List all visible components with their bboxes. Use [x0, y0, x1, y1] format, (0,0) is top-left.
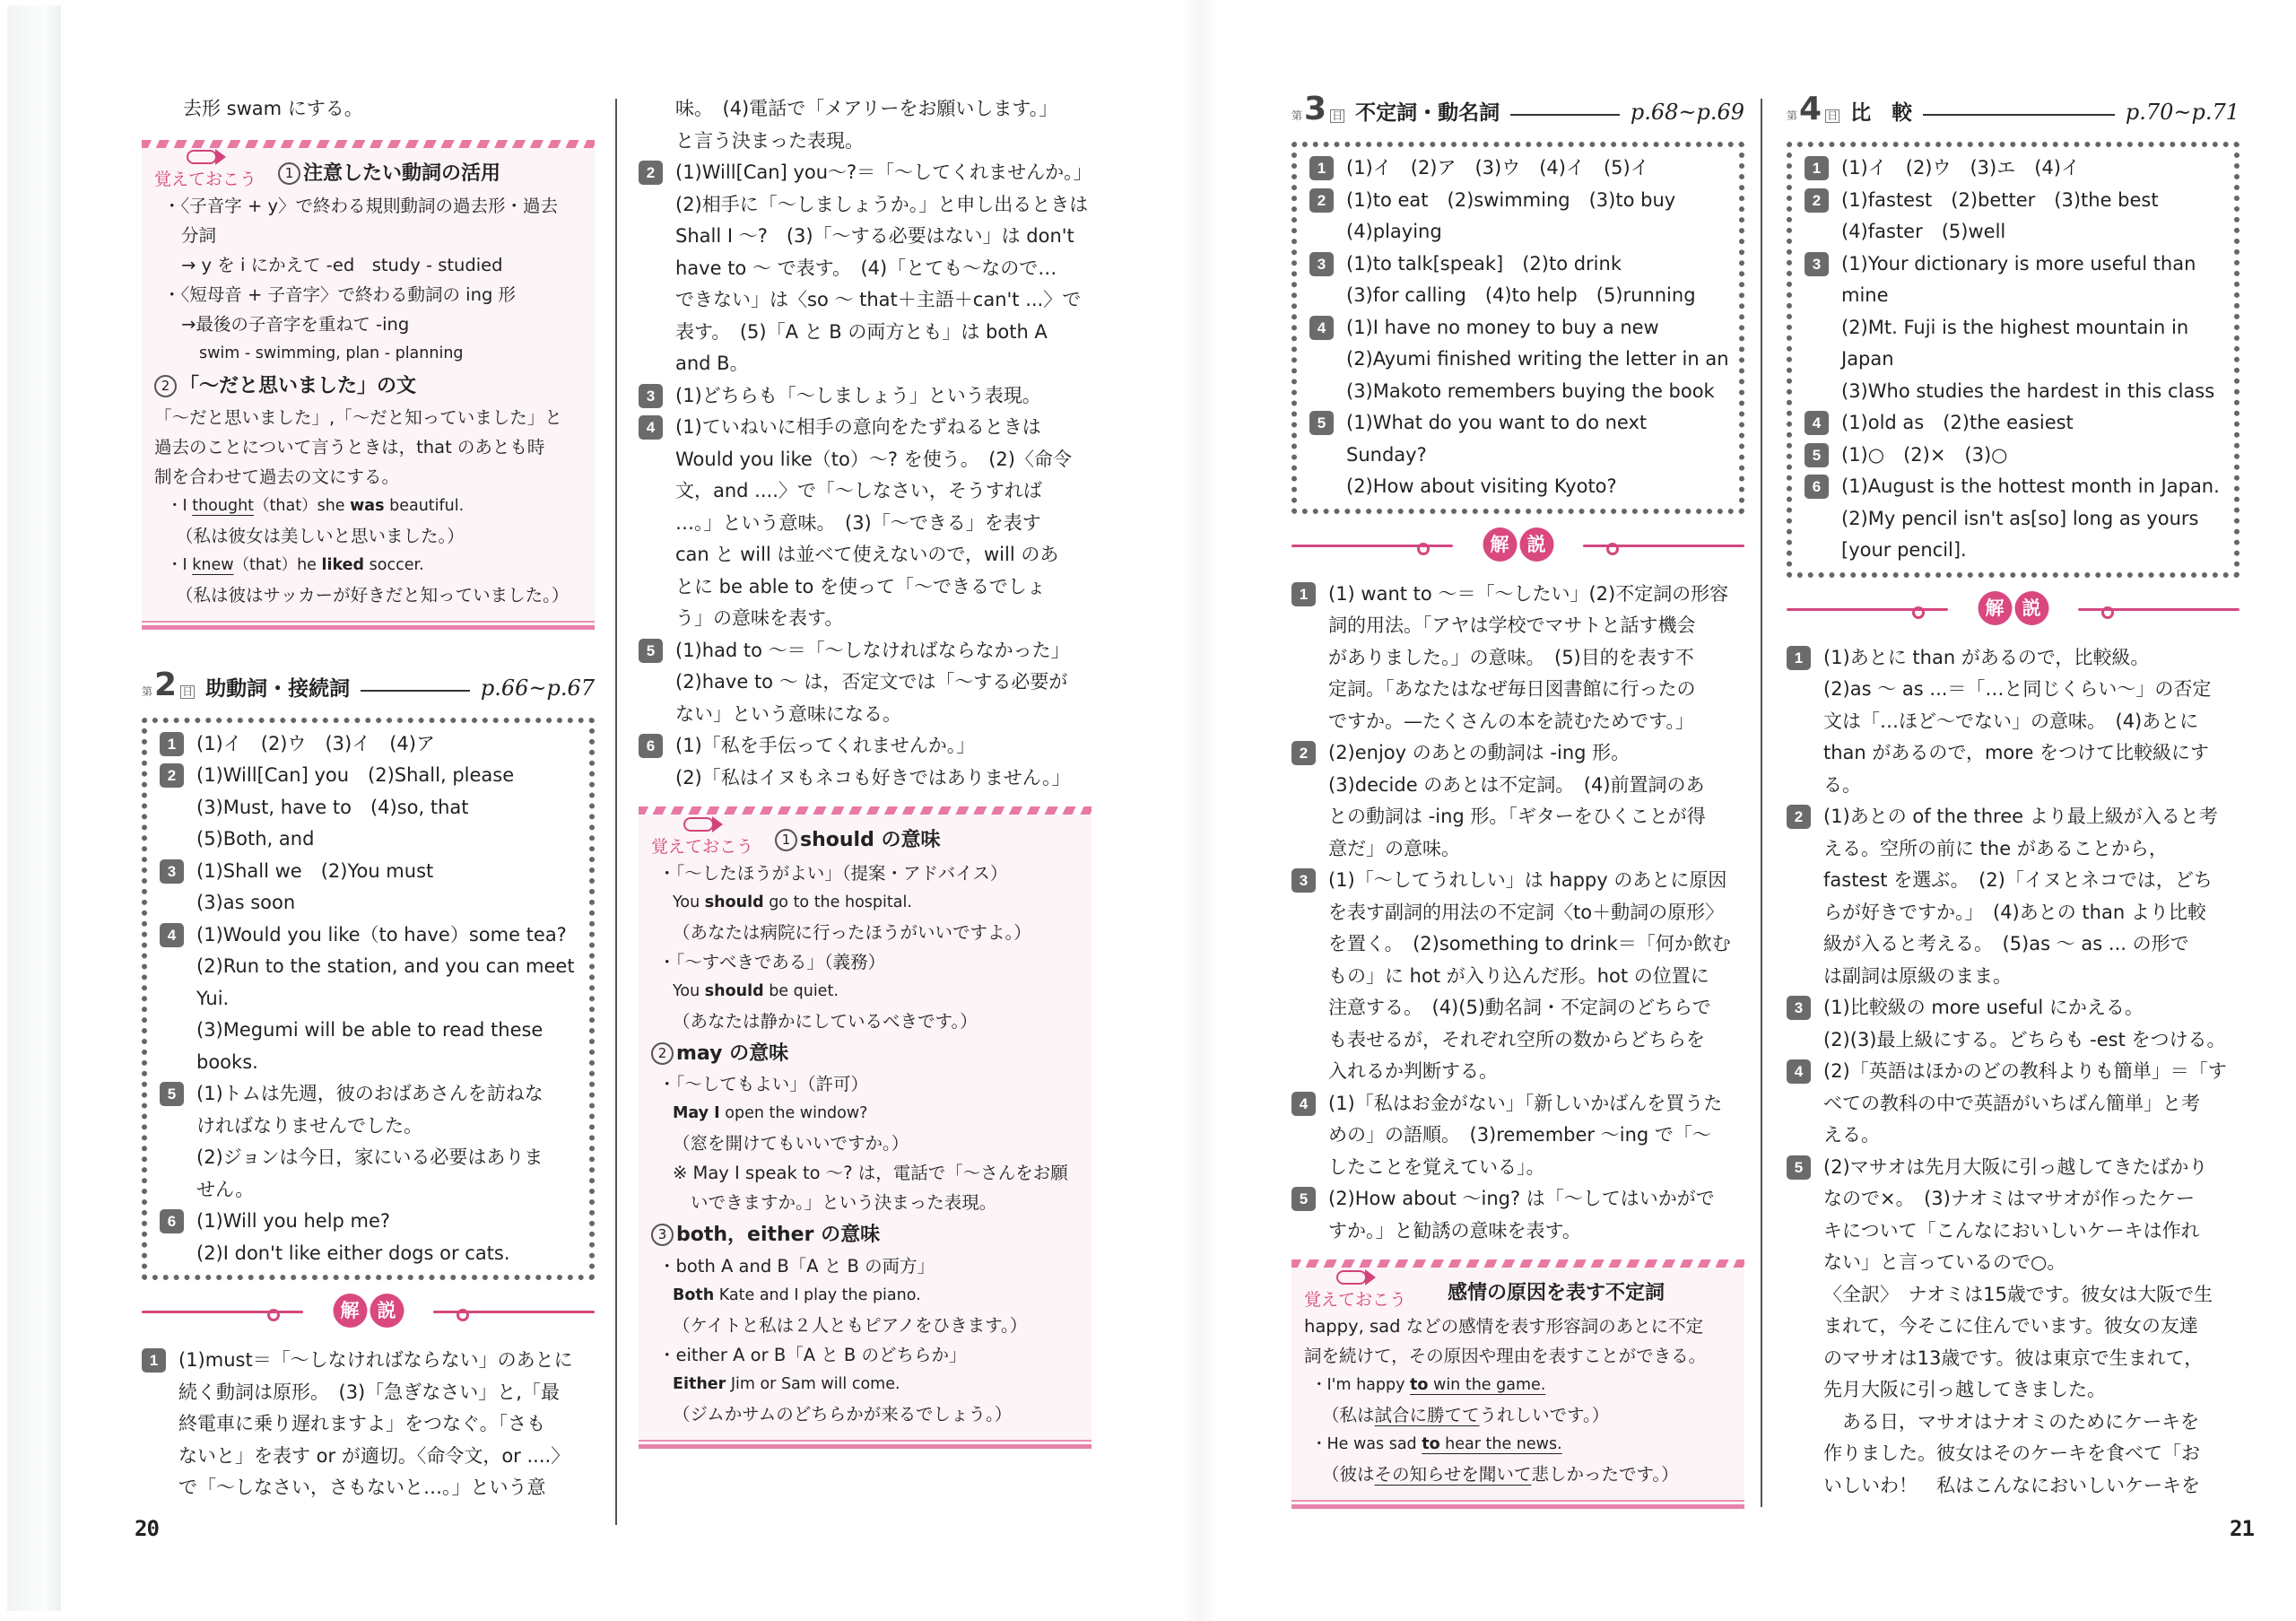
answer-line: したことを覚えている」。	[1328, 1152, 1744, 1184]
answer-line: のマサオは13歳です。彼は東京で生まれて，	[1823, 1343, 2239, 1375]
page-range: p.66~p.67	[481, 673, 595, 705]
example-sentence: You should be quiet.	[651, 977, 1079, 1007]
textbook-spread: 去形 swam にする。 覚えておこう 1注意したい動詞の活用 ・〈子音字 + …	[0, 0, 2296, 1621]
answer-line: (1)「〜してうれしい」は happy のあとに原因	[1328, 865, 1744, 897]
answer-line: 終電車に乗り遅れますよ」をつなぐ。「さも	[178, 1408, 595, 1441]
question-row: 5(2)How about 〜ing? は「〜してはいかがですか。」と勧誘の意味…	[1291, 1183, 1744, 1247]
example-translation: （ジムかサムのどちらかが来るでしょう。）	[651, 1399, 1079, 1429]
answer-line: とに be able to を使って「〜できるでしょ	[675, 571, 1091, 604]
question-row: 1(1)あとに than があるので，比較級。(2)as 〜 as ...＝「……	[1787, 642, 2239, 802]
answer-line: 文，and ....〉で「〜しなさい，そうすれば	[675, 475, 1091, 508]
answer-line: (1)must＝「〜しなければならない」のあとに	[178, 1345, 595, 1377]
example-sentence: ・I'm happy to win the game.	[1304, 1371, 1732, 1400]
answer-line: (1)あとに than があるので，比較級。	[1823, 642, 2239, 675]
answer-line: (1)Your dictionary is more useful than	[1841, 248, 2223, 281]
memo-bottom-bar	[142, 621, 595, 630]
question-row: 3(1)to talk[speak] (2)to drink(3)for cal…	[1309, 248, 1728, 312]
section-header-day2: 第2日 助動詞・接続詞 p.66~p.67	[142, 669, 595, 712]
example-translation: （私は試合に勝ててうれしいです。）	[1304, 1400, 1732, 1430]
memo-title: 1should の意味	[775, 824, 940, 857]
answer-line: まれて，今そこに住んでいます。彼女の友達	[1823, 1311, 2239, 1343]
kaisetsu-divider: 解説	[1787, 588, 2239, 635]
question-row: 6(1)「私を手伝ってくれませんか。」(2)「私はイヌもネコも好きではありません…	[639, 730, 1091, 794]
answer-line: (1)「私を手伝ってくれませんか。」	[675, 730, 1091, 763]
question-row: 6(1)August is the hottest month in Japan…	[1805, 471, 2223, 567]
arrow-icon	[1336, 1270, 1367, 1285]
answer-line: 入れるか判断する。	[1328, 1056, 1744, 1088]
answer-line: (2)Mt. Fuji is the highest mountain in	[1841, 312, 2223, 344]
answer-line: (1)あとの of the three より最上級が入ると考	[1823, 801, 2239, 833]
question-number-badge: 3	[1787, 996, 1811, 1020]
question-number-badge: 6	[160, 1209, 184, 1233]
answer-line: (1)比較級の more useful にかえる。	[1823, 992, 2239, 1024]
page-number-right: 21	[2230, 1516, 2254, 1541]
answer-line: ないと」を表す or が適切。〈命令文，or ....〉	[178, 1441, 595, 1473]
answer-line: える。空所の前に the があることから，	[1823, 833, 2239, 866]
answer-line: (2)How about visiting Kyoto?	[1346, 471, 1728, 503]
question-row: 5(2)マサオは先月大阪に引っ越してきたばかりなので×。 (3)ナオミはマサオが…	[1787, 1152, 2239, 1503]
question-row: 3(1)比較級の more useful にかえる。(2)(3)最上級にする。ど…	[1787, 992, 2239, 1056]
question-row: 味。 (4)電話で「メアリーをお願いします。」と言う決まった表現。	[639, 93, 1091, 157]
answer-line: (2)My pencil isn't as[so] long as yours	[1841, 503, 2223, 536]
answer-line: と言う決まった表現。	[675, 126, 1091, 158]
question-number-badge: 3	[160, 859, 184, 884]
memo-title: 感情の原因を表す不定詞	[1448, 1277, 1665, 1310]
answer-line: も表せるが，それぞれ空所の数からどちらを	[1328, 1024, 1744, 1057]
answer-line: ない」という意味になる。	[675, 699, 1091, 731]
answer-line: える。	[1823, 1120, 2239, 1152]
question-row: 3(1)「〜してうれしい」は happy のあとに原因を表す副詞的用法の不定詞〈…	[1291, 865, 1744, 1088]
page-range: p.68~p.69	[1631, 97, 1744, 129]
answer-line: る。	[1823, 770, 2239, 802]
memo-stripe	[142, 140, 595, 148]
memo-line: 「〜だと思いました」,「〜だと知っていました」と	[154, 403, 582, 432]
right-page-column-1: 第3日 不定詞・動名詞 p.68~p.69 1(1)イ (2)ア (3)ウ (4…	[1291, 93, 1744, 1512]
memo-box-modals: 覚えておこう 1should の意味 ・「〜したほうがよい」（提案・アドバイス）…	[639, 806, 1091, 1449]
answer-line: 意だ」の意味。	[1328, 833, 1744, 866]
answer-line: can と will は並べて使えないので，will のあ	[675, 539, 1091, 571]
question-number-badge: 5	[1309, 411, 1334, 435]
question-row: 1(1)イ (2)ウ (3)エ (4)イ	[1805, 153, 2223, 185]
answer-line: を表す副詞的用法の不定詞〈to＋動詞の原形〉	[1328, 897, 1744, 929]
section-title: 助動詞・接続詞	[205, 674, 350, 706]
question-row: 2(1)fastest (2)better (3)the best(4)fast…	[1805, 185, 2223, 248]
question-row: 4(1)Would you like（to have）some tea?(2)R…	[160, 919, 578, 1079]
question-number-badge: 3	[1309, 252, 1334, 276]
question-number-badge: 2	[1805, 188, 1829, 213]
example-sentence: ・I knew（that）he liked soccer.	[154, 551, 582, 580]
answer-line: (3)decide のあとは不定詞。 (4)前置詞のあ	[1328, 770, 1744, 802]
answer-line: (2)Run to the station, and you can meet	[196, 951, 578, 983]
answer-line: Yui.	[196, 983, 578, 1015]
answer-line: がありました。」の意味。 (5)目的を表す不	[1328, 642, 1744, 675]
question-row: 3(1)どちらも「〜しましょう」という表現。	[639, 380, 1091, 413]
example-translation: （私は彼女は美しいと思いました。）	[154, 521, 582, 551]
answer-line: (2)マサオは先月大阪に引っ越してきたばかり	[1823, 1152, 2239, 1184]
answer-line: 級が入ると考える。 (5)as 〜 as ... の形で	[1823, 928, 2239, 961]
answer-line: (1)どちらも「〜しましょう」という表現。	[675, 380, 1091, 413]
answer-line: (5)Both, and	[196, 824, 578, 856]
answer-line: (3)Who studies the hardest in this class	[1841, 376, 2223, 408]
example-sentence: ・He was sad to hear the news.	[1304, 1430, 1732, 1460]
question-number-badge: 4	[1787, 1059, 1811, 1084]
question-number-badge: 1	[142, 1348, 166, 1373]
left-page-column-2: 味。 (4)電話で「メアリーをお願いします。」と言う決まった表現。2(1)Wil…	[639, 93, 1091, 1452]
example-translation: （あなたは静かにしているべきです。）	[651, 1007, 1079, 1036]
right-page-column-2: 第4日 比 較 p.70~p.71 1(1)イ (2)ウ (3)エ (4)イ2(…	[1787, 93, 2239, 1502]
question-number-badge: 4	[639, 415, 663, 440]
answer-line: 作りました。彼女はそのケーキを食べて「お	[1823, 1438, 2239, 1470]
question-number-badge: 1	[1309, 156, 1334, 180]
answer-line: (1)イ (2)ウ (3)イ (4)ア	[196, 728, 578, 761]
answer-line: (3)Makoto remembers buying the book	[1346, 376, 1729, 408]
answer-line: (2)ジョンは今日，家にいる必要はありま	[196, 1142, 578, 1174]
memo-tag: 覚えておこう	[1304, 1290, 1421, 1310]
explanation-list: 1(1)あとに than があるので，比較級。(2)as 〜 as ...＝「……	[1787, 642, 2239, 1503]
question-row: 4(2)「英語はほかのどの教科よりも簡単」＝「すべての教科の中で英語がいちばん簡…	[1787, 1056, 2239, 1152]
answer-line: (2)「英語はほかのどの教科よりも簡単」＝「す	[1823, 1056, 2239, 1088]
answer-line: との動詞は -ing 形。「ギターをひくことが得	[1328, 801, 1744, 833]
question-number-badge: 5	[1291, 1187, 1316, 1211]
section-title: 不定詞・動名詞	[1355, 98, 1500, 130]
question-number-badge: 6	[1805, 475, 1829, 499]
question-number-badge: 3	[1805, 252, 1829, 276]
question-number-badge: 4	[1291, 1092, 1316, 1116]
answer-box: 1(1)イ (2)ウ (3)エ (4)イ2(1)fastest (2)bette…	[1787, 142, 2239, 578]
question-row: 5(1)had to 〜＝「〜しなければならなかった」(2)have to 〜 …	[639, 635, 1091, 731]
question-number-badge: 5	[1787, 1155, 1811, 1180]
memo-line: ・both A and B「A と B の両方」	[651, 1251, 1079, 1281]
section-header-day3: 第3日 不定詞・動名詞 p.68~p.69	[1291, 93, 1744, 136]
question-number-badge: 3	[639, 384, 663, 408]
answer-line: (1)had to 〜＝「〜しなければならなかった」	[675, 635, 1091, 667]
answer-line: う」の意味を表す。	[675, 603, 1091, 635]
memo-line: ・「〜すべきである」（義務）	[651, 947, 1079, 977]
question-number-badge: 5	[1805, 443, 1829, 467]
answer-line: で「〜しなさい，さもないと…。」という意	[178, 1472, 595, 1504]
explanation-list: 1(1)must＝「〜しなければならない」のあとに続く動詞は原形。 (3)「急ぎ…	[142, 1345, 595, 1504]
answer-line: せん。	[196, 1174, 578, 1207]
question-row: 4(1)old as (2)the easiest	[1805, 407, 2223, 440]
section-title: 比 較	[1850, 98, 1912, 130]
answer-line: 表す。 (5)「A と B の両方とも」は both A	[675, 317, 1092, 349]
answer-line: [your pencil].	[1841, 535, 2223, 567]
answer-line: Sunday?	[1346, 440, 1728, 472]
answer-line: (2)(3)最上級にする。どちらも -est をつける。	[1823, 1024, 2239, 1057]
question-row: 5(1)○ (2)× (3)○	[1805, 440, 2223, 472]
question-row: 4(1)I have no money to buy a new(2)Ayumi…	[1309, 312, 1728, 408]
answer-line: 文は「…ほど〜でない」の意味。 (4)あとに	[1823, 706, 2239, 738]
example-sentence: Both Kate and I play the piano.	[651, 1281, 1079, 1311]
answer-line: なので×。 (3)ナオミはマサオが作ったケー	[1823, 1183, 2239, 1216]
column-divider-right	[1761, 99, 1762, 1507]
answer-line: (3)for calling (4)to help (5)running	[1346, 280, 1728, 312]
memo-subtitle: 2may の意味	[651, 1038, 1079, 1070]
answer-line: (2)相手に「〜しましょうか。」と申し出るときは	[675, 189, 1092, 222]
kaisetsu-divider: 解説	[142, 1291, 595, 1338]
answer-line: (2)I don't like either dogs or cats.	[196, 1238, 578, 1270]
question-number-badge: 4	[1805, 411, 1829, 435]
answer-line: もの」に hot が入り込んだ形。hot の位置に	[1328, 961, 1744, 993]
memo-line: happy, sad などの感情を表す形容詞のあとに不定	[1304, 1312, 1732, 1341]
memo-line: ・「〜してもよい」（許可）	[651, 1069, 1079, 1099]
explanation-list: 1(1) want to 〜＝「〜したい」(2)不定詞の形容詞的用法。「アヤは学…	[1291, 579, 1744, 1248]
answer-line: …。」という意味。 (3)「〜できる」を表す	[675, 508, 1091, 540]
page-range: p.70~p.71	[2126, 97, 2239, 129]
answer-line: (1) want to 〜＝「〜したい」(2)不定詞の形容	[1328, 579, 1744, 611]
arrow-icon	[683, 817, 714, 832]
question-number-badge: 6	[639, 734, 663, 758]
memo-line: ※ May I speak to 〜? は，電話で「〜さんをお願	[651, 1158, 1079, 1188]
example-translation: （彼はその知らせを聞いて悲しかったです。）	[1304, 1460, 1732, 1489]
memo-line: → y を i にかえて -ed study - studied	[154, 250, 582, 280]
example-sentence: Either Jim or Sam will come.	[651, 1370, 1079, 1399]
question-number-badge: 2	[1309, 188, 1334, 213]
answer-line: (3)as soon	[196, 887, 578, 919]
answer-line: (1)○ (2)× (3)○	[1841, 440, 2223, 472]
answer-line: (2)as 〜 as ...＝「…と同じくらい〜」の否定	[1823, 674, 2239, 706]
answer-line: すか。」と勧誘の意味を表す。	[1328, 1216, 1744, 1248]
answer-line: (3)Must, have to (4)so, that	[196, 792, 578, 824]
question-number-badge: 4	[160, 923, 184, 947]
answer-line: Japan	[1841, 344, 2223, 376]
answer-line: ければなりませんでした。	[196, 1111, 578, 1143]
question-number-badge: 1	[1787, 646, 1811, 670]
book-gutter	[1182, 0, 1218, 1621]
answer-line: ある日，マサオはナオミのためにケーキを	[1823, 1407, 2239, 1439]
memo-tag: 覚えておこう	[154, 170, 271, 189]
answer-line: Shall I 〜? (3)「〜する必要はない」は don't	[675, 221, 1092, 253]
question-row: 1(1)イ (2)ア (3)ウ (4)イ (5)イ	[1309, 153, 1728, 185]
answer-line: (1)fastest (2)better (3)the best	[1841, 185, 2223, 217]
example-translation: （窓を開けてもいいですか。）	[651, 1129, 1079, 1158]
memo-line: 詞を続けて，その原因や理由を表すことができる。	[1304, 1341, 1732, 1371]
answer-line: (3)Megumi will be able to read these	[196, 1015, 578, 1047]
question-number-badge: 3	[1291, 868, 1316, 893]
question-number-badge: 4	[1309, 316, 1334, 340]
question-row: 2(2)enjoy のあとの動詞は -ing 形。(3)decide のあとは不…	[1291, 737, 1744, 865]
example-translation: （あなたは病院に行ったほうがいいですよ。）	[651, 918, 1079, 947]
answer-box: 1(1)イ (2)ウ (3)イ (4)ア2(1)Will[Can] you (2…	[142, 718, 595, 1281]
answer-line: (1)August is the hottest month in Japan.	[1841, 471, 2223, 503]
question-row: 2(1)Will[Can] you〜?＝「〜してくれませんか。」(2)相手に「〜…	[639, 157, 1091, 380]
answer-line: (2)How about 〜ing? は「〜してはいかがで	[1328, 1183, 1744, 1216]
explanation-list: 味。 (4)電話で「メアリーをお願いします。」と言う決まった表現。2(1)Wil…	[639, 93, 1091, 794]
answer-line: (1)イ (2)ア (3)ウ (4)イ (5)イ	[1346, 153, 1728, 185]
memo-line: 過去のことについて言うときは，that のあとも時	[154, 432, 582, 462]
question-number-badge: 2	[639, 161, 663, 185]
question-row: 3(1)Shall we (2)You must(3)as soon	[160, 856, 578, 919]
answer-line: fastest を選ぶ。 (2)「イヌとネコでは，どち	[1823, 865, 2239, 897]
question-row: 5(1)What do you want to do nextSunday?(2…	[1309, 407, 1728, 503]
answer-line: できない」は〈so 〜 that＋主語＋can't ...〉で	[675, 284, 1092, 317]
question-row: 4(1)「私はお金がない」「新しいかばんを買うための」の語順。 (3)remem…	[1291, 1088, 1744, 1184]
memo-box-emotion-infinitive: 覚えておこう 感情の原因を表す不定詞 happy, sad などの感情を表す形容…	[1291, 1259, 1744, 1509]
memo-subtitle: 2「〜だと思いました」の文	[154, 370, 582, 403]
memo-line: ・〈短母音 + 子音字〉で終わる動詞の ing 形	[154, 280, 582, 309]
kaisetsu-divider: 解説	[1291, 525, 1744, 571]
answer-line: books.	[196, 1047, 578, 1079]
page-number-left: 20	[135, 1516, 159, 1541]
answer-line: めの」の語順。 (3)remember 〜ing で「〜	[1328, 1120, 1744, 1152]
answer-line: (1)ていねいに相手の意向をたずねるときは	[675, 412, 1091, 444]
question-row: 2(1)Will[Can] you (2)Shall, please(3)Mus…	[160, 760, 578, 856]
answer-line: have to 〜 で表す。 (4)「とても〜なので…	[675, 253, 1092, 285]
answer-line: (1)Would you like（to have）some tea?	[196, 919, 578, 952]
answer-line: べての教科の中で英語がいちばん簡単」と考	[1823, 1088, 2239, 1120]
question-number-badge: 1	[1291, 582, 1316, 606]
answer-line: 味。 (4)電話で「メアリーをお願いします。」	[675, 93, 1091, 126]
answer-line: (2)「私はイヌもネコも好きではありません。」	[675, 763, 1091, 795]
question-row: 2(1)あとの of the three より最上級が入ると考える。空所の前に …	[1787, 801, 2239, 992]
memo-box-verb-conjugation: 覚えておこう 1注意したい動詞の活用 ・〈子音字 + y〉で終わる規則動詞の過去…	[142, 140, 595, 630]
question-number-badge: 5	[160, 1082, 184, 1106]
question-row: 3(1)Your dictionary is more useful thanm…	[1805, 248, 2223, 408]
answer-box: 1(1)イ (2)ア (3)ウ (4)イ (5)イ2(1)to eat (2)s…	[1291, 142, 1744, 514]
answer-line: (4)playing	[1346, 216, 1728, 248]
answer-line: 先月大阪に引っ越してきました。	[1823, 1374, 2239, 1407]
page-edge	[7, 5, 61, 1611]
answer-line: (1)I have no money to buy a new	[1346, 312, 1729, 344]
answer-line: 続く動詞は原形。 (3)「急ぎなさい」と,「最	[178, 1377, 595, 1409]
example-translation: （ケイトと私は２人ともピアノをひきます。）	[651, 1311, 1079, 1340]
memo-line: 制を合わせて過去の文にする。	[154, 462, 582, 492]
answer-line: らが好きですか。」 (4)あとの than より比較	[1823, 897, 2239, 929]
answer-line: (2)Ayumi finished writing the letter in …	[1346, 344, 1729, 376]
answer-line: (1)to talk[speak] (2)to drink	[1346, 248, 1728, 281]
arrow-icon	[187, 150, 217, 164]
answer-line: (1)Will[Can] you〜?＝「〜してくれませんか。」	[675, 157, 1092, 189]
column-divider-left	[615, 99, 617, 1525]
answer-line: (1)トムは先週，彼のおばあさんを訪ねな	[196, 1078, 578, 1111]
memo-line: 分詞	[154, 221, 582, 250]
question-row: 4(1)ていねいに相手の意向をたずねるときはWould you like（to）…	[639, 412, 1091, 635]
answer-line: ない」と言っているので○。	[1823, 1247, 2239, 1279]
answer-line: mine	[1841, 280, 2223, 312]
memo-line: →最後の子音字を重ねて -ing	[154, 309, 582, 339]
answer-line: 詞的用法。「アヤは学校でマサトと話す機会	[1328, 610, 1744, 642]
answer-line: いしいわ！ 私はこんなにおいしいケーキを	[1823, 1470, 2239, 1503]
memo-line: いできますか。」という決まった表現。	[651, 1188, 1079, 1217]
answer-line: than があるので，more をつけて比較級にす	[1823, 737, 2239, 770]
answer-line: を置く。 (2)something to drink＝「何か飲む	[1328, 928, 1744, 961]
answer-line: ですか。—たくさんの本を読むためです。」	[1328, 706, 1744, 738]
example-sentence: ・I thought（that）she was beautiful.	[154, 492, 582, 521]
question-row: 2(1)to eat (2)swimming (3)to buy(4)playi…	[1309, 185, 1728, 248]
answer-line: は副詞は原級のまま。	[1823, 961, 2239, 993]
answer-line: (1)イ (2)ウ (3)エ (4)イ	[1841, 153, 2223, 185]
example-sentence: You should go to the hospital.	[651, 888, 1079, 918]
question-number-badge: 1	[160, 732, 184, 756]
question-row: 5(1)トムは先週，彼のおばあさんを訪ねなければなりませんでした。(2)ジョンは…	[160, 1078, 578, 1206]
answer-line: キについて「こんなにおいしいケーキは作れ	[1823, 1216, 2239, 1248]
question-number-badge: 5	[639, 639, 663, 663]
left-page-column-1: 去形 swam にする。 覚えておこう 1注意したい動詞の活用 ・〈子音字 + …	[142, 93, 595, 1504]
question-row: 6(1)Will you help me?(2)I don't like eit…	[160, 1206, 578, 1269]
question-number-badge: 2	[160, 763, 184, 788]
answer-line: and B。	[675, 348, 1092, 380]
question-number-badge: 2	[1291, 741, 1316, 765]
answer-line: Would you like（to）〜? を使う。 (2)〈命令	[675, 444, 1091, 476]
memo-line: swim - swimming, plan - planning	[154, 339, 582, 369]
example-translation: （私は彼はサッカーが好きだと知っていました。）	[154, 580, 582, 610]
answer-line: (1)「私はお金がない」「新しいかばんを買うた	[1328, 1088, 1744, 1120]
question-row: 1(1)must＝「〜しなければならない」のあとに続く動詞は原形。 (3)「急ぎ…	[142, 1345, 595, 1504]
answer-line: (1)Will you help me?	[196, 1206, 578, 1238]
memo-subtitle: 3both，either の意味	[651, 1219, 1079, 1251]
answer-line: (1)What do you want to do next	[1346, 407, 1728, 440]
question-number-badge: 2	[1787, 805, 1811, 829]
example-sentence: May I open the window?	[651, 1099, 1079, 1129]
question-number-badge: 1	[1805, 156, 1829, 180]
question-row: 1(1) want to 〜＝「〜したい」(2)不定詞の形容詞的用法。「アヤは学…	[1291, 579, 1744, 738]
answer-line: (1)old as (2)the easiest	[1841, 407, 2223, 440]
question-row: 1(1)イ (2)ウ (3)イ (4)ア	[160, 728, 578, 761]
section-header-day4: 第4日 比 較 p.70~p.71	[1787, 93, 2239, 136]
answer-line: (2)enjoy のあとの動詞は -ing 形。	[1328, 737, 1744, 770]
memo-line: ・「〜したほうがよい」（提案・アドバイス）	[651, 858, 1079, 888]
answer-line: (1)to eat (2)swimming (3)to buy	[1346, 185, 1728, 217]
answer-line: (2)have to 〜 は，否定文では「〜する必要が	[675, 667, 1091, 699]
answer-line: (1)Shall we (2)You must	[196, 856, 578, 888]
memo-title: 1注意したい動詞の活用	[278, 158, 500, 190]
answer-line: 注意する。 (4)(5)動名詞・不定詞のどちらで	[1328, 992, 1744, 1024]
answer-line: (1)Will[Can] you (2)Shall, please	[196, 760, 578, 792]
memo-line: ・〈子音字 + y〉で終わる規則動詞の過去形・過去	[154, 191, 582, 221]
carry-over-line: 去形 swam にする。	[142, 93, 595, 126]
memo-line: ・either A or B「A と B のどちらか」	[651, 1340, 1079, 1370]
answer-line: 定詞。「あなたはなぜ毎日図書館に行ったの	[1328, 674, 1744, 706]
answer-line: 〈全訳〉 ナオミは15歳です。彼女は大阪で生	[1823, 1279, 2239, 1312]
memo-tag: 覚えておこう	[651, 837, 768, 857]
answer-line: (4)faster (5)well	[1841, 216, 2223, 248]
